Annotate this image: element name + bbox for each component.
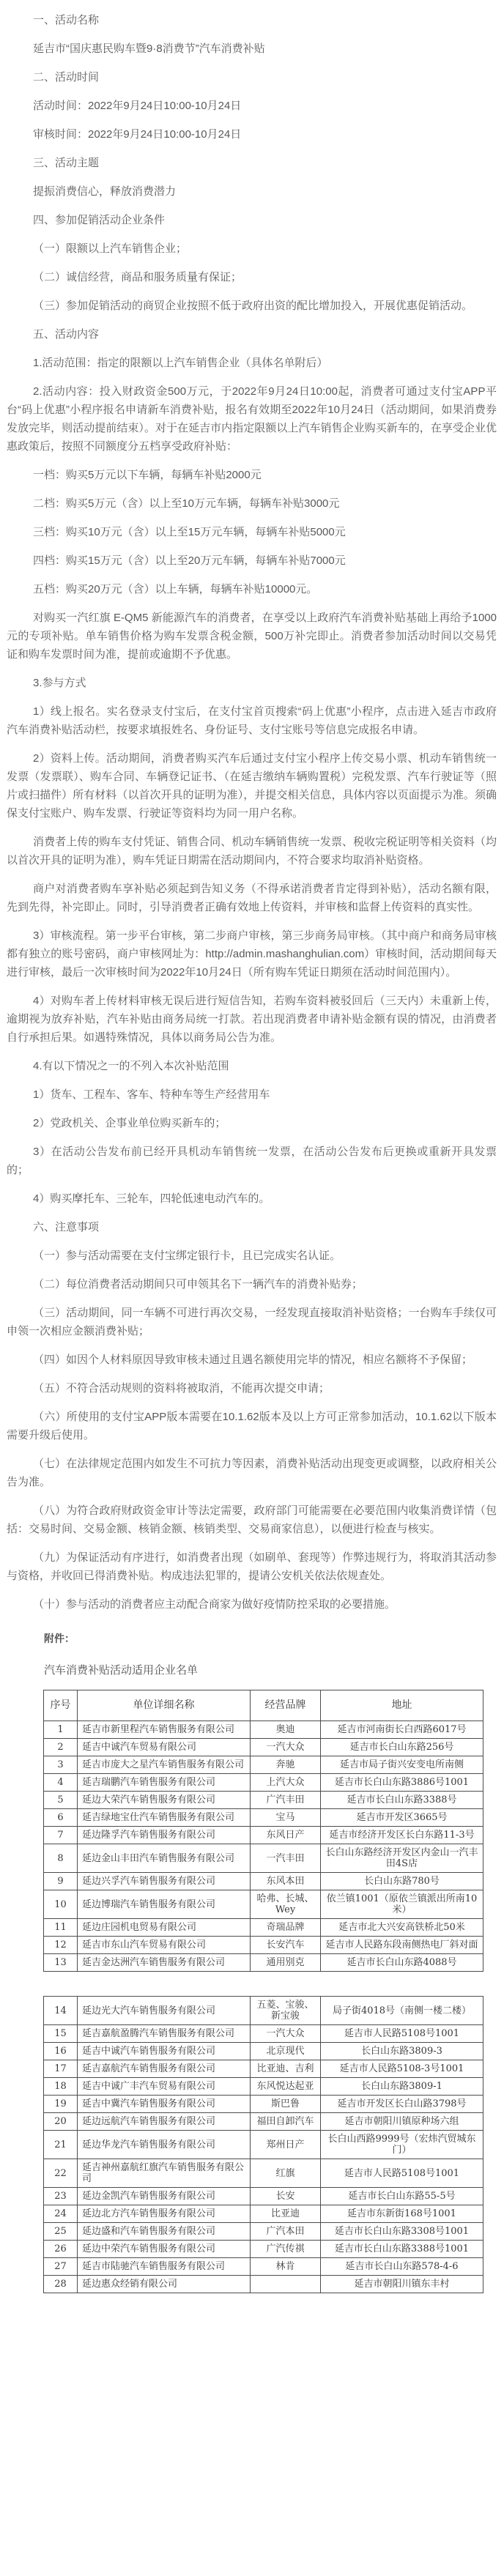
table-cell-no: 18 [44, 2078, 78, 2096]
table-row: 5延边大荣汽车销售服务有限公司广汽丰田延吉市长白山东路3388号 [44, 1792, 483, 1809]
table-cell-address: 延吉市人民路5108号1001 [321, 2159, 483, 2188]
table-cell-name: 延吉嘉航盈腾汽车销售服务有限公司 [78, 2025, 251, 2043]
doc-paragraph: 一档：购买5万元以下车辆，每辆车补贴2000元 [7, 466, 497, 484]
table-cell-no: 16 [44, 2043, 78, 2060]
table-cell-no: 12 [44, 1937, 78, 1954]
table-cell-name: 延吉瑞鹏汽车销售服务有限公司 [78, 1774, 251, 1792]
table-cell-name: 延边盛和汽车销售服务有限公司 [78, 2223, 251, 2241]
table-cell-no: 3 [44, 1756, 78, 1774]
table-row: 4延吉瑞鹏汽车销售服务有限公司上汽大众延吉市长白山东路3886号1001 [44, 1774, 483, 1792]
table-cell-no: 7 [44, 1827, 78, 1844]
table-cell-address: 延吉市人民路东段南侧热电厂斜对面 [321, 1937, 483, 1954]
company-table-part2: 14延边光大汽车销售服务有限公司五菱、宝骏、新宝骏局子街4018号（南侧一楼二楼… [43, 1996, 483, 2293]
doc-paragraph: 3.参与方式 [7, 674, 497, 692]
attachment-table-title: 汽车消费补贴活动适用企业名单 [44, 1663, 504, 1678]
table-cell-name: 延边博瑞汽车销售服务有限公司 [78, 1890, 251, 1919]
column-header-address: 地址 [321, 1690, 483, 1721]
table-cell-address: 延吉市人民路5108-3号1001 [321, 2060, 483, 2078]
doc-paragraph: 提振消费信心，释放消费潜力 [7, 182, 497, 201]
table-cell-brand: 广汽本田 [251, 2223, 321, 2241]
table-cell-no: 6 [44, 1809, 78, 1827]
company-table-part1: 序号 单位详细名称 经营品牌 地址 1延吉市新里程汽车销售服务有限公司奥迪延吉市… [43, 1690, 483, 1972]
table-cell-name: 延吉市庞大之星汽车销售服务有限公司 [78, 1756, 251, 1774]
table-cell-brand: 五菱、宝骏、新宝骏 [251, 1997, 321, 2025]
table-cell-name: 延边隆孚汽车销售服务有限公司 [78, 1827, 251, 1844]
doc-paragraph: 4）对购车者上传材料审核无误后进行短信告知，若购车资料被驳回后（三天内）未重新上… [7, 992, 497, 1047]
table-row: 1延吉市新里程汽车销售服务有限公司奥迪延吉市河南街长白西路6017号 [44, 1721, 483, 1739]
table-cell-name: 延吉中冀汽车销售服务有限公司 [78, 2096, 251, 2113]
table-cell-address: 延吉市北大兴安高铁桥北50米 [321, 1919, 483, 1937]
table-row: 12延吉市东山汽车贸易有限公司长安汽车延吉市人民路东段南侧热电厂斜对面 [44, 1937, 483, 1954]
doc-paragraph: （六）所使用的支付宝APP版本需要在10.1.62版本及以上方可正常参加活动，1… [7, 1408, 497, 1444]
table-cell-brand: 东风本田 [251, 1873, 321, 1890]
table-cell-name: 延边光大汽车销售服务有限公司 [78, 1997, 251, 2025]
doc-paragraph: 四档：购买15万元（含）以上至20万元车辆，每辆车补贴7000元 [7, 552, 497, 570]
table-cell-name: 延吉嘉航汽车销售服务有限公司 [78, 2060, 251, 2078]
table-cell-brand: 上汽大众 [251, 1774, 321, 1792]
table-cell-brand: 广汽丰田 [251, 1792, 321, 1809]
table-cell-address: 延吉市朝阳川镇原种场六组 [321, 2113, 483, 2131]
table-cell-address: 延吉市河南街长白西路6017号 [321, 1721, 483, 1739]
doc-paragraph: 六、注意事项 [7, 1218, 497, 1236]
table-cell-no: 19 [44, 2096, 78, 2113]
doc-paragraph: 对购买一汽红旗 E-QM5 新能源汽车的消费者，在享受以上政府汽车消费补贴基础上… [7, 609, 497, 664]
table-cell-brand: 福田自卸汽车 [251, 2113, 321, 2131]
table-cell-no: 15 [44, 2025, 78, 2043]
doc-paragraph: 2.活动内容：投入财政资金500万元，于2022年9月24日10:00起，消费者… [7, 382, 497, 456]
table-cell-name: 延边大荣汽车销售服务有限公司 [78, 1792, 251, 1809]
table-header-row: 序号 单位详细名称 经营品牌 地址 [44, 1690, 483, 1721]
table-row: 23延边金凯汽车销售服务有限公司长安延吉市长白山东路55-5号 [44, 2188, 483, 2205]
table-cell-address: 延吉市长白山东路3388号1001 [321, 2241, 483, 2258]
table-cell-no: 26 [44, 2241, 78, 2258]
table-cell-no: 20 [44, 2113, 78, 2131]
table-cell-brand [251, 2276, 321, 2293]
table-cell-name: 延边金凯汽车销售服务有限公司 [78, 2188, 251, 2205]
doc-paragraph: 1）货车、工程车、客车、特种车等生产经营用车 [7, 1085, 497, 1104]
table-cell-brand: 长安汽车 [251, 1937, 321, 1954]
table-row: 17延吉嘉航汽车销售服务有限公司比亚迪、吉利延吉市人民路5108-3号1001 [44, 2060, 483, 2078]
table-cell-address: 延吉市东新街168号1001 [321, 2205, 483, 2223]
table-cell-no: 1 [44, 1721, 78, 1739]
table-row: 20延边远航汽车销售服务有限公司福田自卸汽车延吉市朝阳川镇原种场六组 [44, 2113, 483, 2131]
table-cell-name: 延吉市陆驰汽车销售服务有限公司 [78, 2258, 251, 2276]
table-cell-name: 延边庄园机电贸易有限公司 [78, 1919, 251, 1937]
table-cell-name: 延边远航汽车销售服务有限公司 [78, 2113, 251, 2131]
table-cell-no: 14 [44, 1997, 78, 2025]
table-cell-name: 延边兴孚汽车销售服务有限公司 [78, 1873, 251, 1890]
table-cell-no: 25 [44, 2223, 78, 2241]
table-cell-name: 延吉中诚汽车销售服务有限公司 [78, 2043, 251, 2060]
table-cell-brand: 一汽大众 [251, 1739, 321, 1756]
doc-paragraph: （五）不符合活动规则的资料将被取消，不能再次提交申请； [7, 1379, 497, 1398]
table-row: 24延边北方汽车销售服务有限公司比亚迪延吉市东新街168号1001 [44, 2205, 483, 2223]
doc-paragraph: 延吉市“国庆惠民购车暨9·8消费节”汽车消费补贴 [7, 40, 497, 58]
table-cell-address: 依兰镇1001（原依兰镇派出所南10米） [321, 1890, 483, 1919]
doc-paragraph: （八）为符合政府财政资金审计等法定需要，政府部门可能需要在必要范围内收集消费详情… [7, 1502, 497, 1538]
notice-page: 一、活动名称延吉市“国庆惠民购车暨9·8消费节”汽车消费补贴二、活动时间活动时间… [0, 0, 504, 2576]
table-cell-name: 延吉市新里程汽车销售服务有限公司 [78, 1721, 251, 1739]
table-cell-brand: 郑州日产 [251, 2131, 321, 2159]
table-cell-address: 延吉市长白山东路3388号 [321, 1792, 483, 1809]
table-cell-no: 22 [44, 2159, 78, 2188]
table-row: 28延边惠众经销有限公司延吉市朝阳川镇东丰村 [44, 2276, 483, 2293]
table-cell-brand: 奔驰 [251, 1756, 321, 1774]
table-row: 10延边博瑞汽车销售服务有限公司哈弗、长城、Wey依兰镇1001（原依兰镇派出所… [44, 1890, 483, 1919]
table-cell-address: 延吉市局子街兴安变电所南侧 [321, 1756, 483, 1774]
table-cell-name: 延吉市东山汽车贸易有限公司 [78, 1937, 251, 1954]
doc-paragraph: 审核时间：2022年9月24日10:00-10月24日 [7, 125, 497, 144]
doc-paragraph: （一）限额以上汽车销售企业； [7, 240, 497, 258]
column-header-name: 单位详细名称 [78, 1690, 251, 1721]
company-table-header: 序号 单位详细名称 经营品牌 地址 [44, 1690, 483, 1721]
doc-paragraph: 1.活动范围：指定的限额以上汽车销售企业（具体名单附后） [7, 354, 497, 372]
table-cell-no: 13 [44, 1954, 78, 1972]
table-cell-no: 8 [44, 1844, 78, 1873]
doc-paragraph: （七）在法律规定范围内如发生不可抗力等因素，消费补贴活动出现变更或调整，以政府相… [7, 1455, 497, 1491]
table-cell-address: 延吉市长白山东路4088号 [321, 1954, 483, 1972]
table-row: 7延边隆孚汽车销售服务有限公司东风日产延吉市经济开发区长白东路11-3号 [44, 1827, 483, 1844]
table-cell-no: 24 [44, 2205, 78, 2223]
table-cell-name: 延边华龙汽车销售服务有限公司 [78, 2131, 251, 2159]
table-cell-name: 延边金山丰田汽车销售服务有限公司 [78, 1844, 251, 1873]
table-cell-no: 5 [44, 1792, 78, 1809]
table-row: 19延吉中冀汽车销售服务有限公司斯巴鲁延吉市开发区长白山路3798号 [44, 2096, 483, 2113]
table-cell-brand: 东风日产 [251, 1827, 321, 1844]
table-cell-brand: 比亚迪 [251, 2205, 321, 2223]
table-cell-no: 28 [44, 2276, 78, 2293]
doc-paragraph: （十）参与活动的消费者应主动配合商家为做好疫情防控采取的必要措施。 [7, 1595, 497, 1614]
doc-paragraph: 五、活动内容 [7, 325, 497, 344]
doc-paragraph: （四）如因个人材料原因导致审核未通过且遇名额使用完毕的情况，相应名额将不予保留； [7, 1351, 497, 1369]
table-cell-no: 11 [44, 1919, 78, 1937]
doc-paragraph: 2）党政机关、企事业单位购买新车的； [7, 1114, 497, 1132]
doc-paragraph: 2）资料上传。活动期间，消费者购买汽车后通过支付宝小程序上传交易小票、机动车销售… [7, 749, 497, 823]
table-cell-name: 延吉中诚广丰汽车贸易有限公司 [78, 2078, 251, 2096]
table-cell-name: 延吉金达洲汽车销售服务有限公司 [78, 1954, 251, 1972]
doc-paragraph: 四、参加促销活动企业条件 [7, 211, 497, 229]
table-cell-address: 长白山东路3809-3 [321, 2043, 483, 2060]
table-row: 8延边金山丰田汽车销售服务有限公司一汽丰田长白山东路经济开发区内金山一汽丰田4S… [44, 1844, 483, 1873]
doc-paragraph: （一）参与活动需要在支付宝绑定银行卡，且已完成实名认证。 [7, 1247, 497, 1265]
table-cell-brand: 长安 [251, 2188, 321, 2205]
table-row: 3延吉市庞大之星汽车销售服务有限公司奔驰延吉市局子街兴安变电所南侧 [44, 1756, 483, 1774]
table-cell-address: 延吉市开发区3665号 [321, 1809, 483, 1827]
table-cell-address: 延吉市长白山东路578-4-6 [321, 2258, 483, 2276]
table-cell-name: 延吉绿地宝仕汽车销售服务有限公司 [78, 1809, 251, 1827]
doc-paragraph: 五档：购买20万元（含）以上车辆，每辆车补贴10000元。 [7, 580, 497, 598]
table-row: 14延边光大汽车销售服务有限公司五菱、宝骏、新宝骏局子街4018号（南侧一楼二楼… [44, 1997, 483, 2025]
table-cell-brand: 东风悦达起亚 [251, 2078, 321, 2096]
table-cell-address: 长白山东路780号 [321, 1873, 483, 1890]
table-cell-brand: 北京现代 [251, 2043, 321, 2060]
doc-paragraph: 三、活动主题 [7, 154, 497, 172]
doc-paragraph: 商户对消费者购车享补贴必须起到告知义务（不得承诺消费者肯定得到补贴），活动名额有… [7, 880, 497, 916]
table-row: 21延边华龙汽车销售服务有限公司郑州日产长白山西路9999号（宏炜汽贸城东门） [44, 2131, 483, 2159]
table-row: 2延吉中诚汽车贸易有限公司一汽大众延吉市长白山东路256号 [44, 1739, 483, 1756]
table-cell-no: 27 [44, 2258, 78, 2276]
table-cell-address: 延吉市人民路5108号1001 [321, 2025, 483, 2043]
table-cell-no: 10 [44, 1890, 78, 1919]
column-header-brand: 经营品牌 [251, 1690, 321, 1721]
table-cell-brand: 哈弗、长城、Wey [251, 1890, 321, 1919]
doc-paragraph: 一、活动名称 [7, 11, 497, 29]
doc-paragraph: （九）为保证活动有序进行，如消费者出现（如刷单、套现等）作弊违规行为，将取消其活… [7, 1548, 497, 1585]
table-cell-brand: 一汽丰田 [251, 1844, 321, 1873]
table-cell-brand: 红旗 [251, 2159, 321, 2188]
table-cell-address: 延吉市长白山东路55-5号 [321, 2188, 483, 2205]
table-cell-address: 延吉市经济开发区长白东路11-3号 [321, 1827, 483, 1844]
table-cell-name: 延边北方汽车销售服务有限公司 [78, 2205, 251, 2223]
table-cell-no: 2 [44, 1739, 78, 1756]
table-row: 18延吉中诚广丰汽车贸易有限公司东风悦达起亚长白山东路3809-1 [44, 2078, 483, 2096]
table-row: 15延吉嘉航盈腾汽车销售服务有限公司一汽大众延吉市人民路5108号1001 [44, 2025, 483, 2043]
table-cell-brand: 宝马 [251, 1809, 321, 1827]
attachment-section: 附件： 汽车消费补贴活动适用企业名单 [44, 1631, 504, 1678]
table-row: 22延吉神州嘉航红旗汽车销售服务有限公司红旗延吉市人民路5108号1001 [44, 2159, 483, 2188]
table-cell-no: 21 [44, 2131, 78, 2159]
table-cell-brand: 奥迪 [251, 1721, 321, 1739]
table-cell-address: 长白山东路经济开发区内金山一汽丰田4S店 [321, 1844, 483, 1873]
table-cell-address: 局子街4018号（南侧一楼二楼） [321, 1997, 483, 2025]
table-cell-address: 长白山东路3809-1 [321, 2078, 483, 2096]
doc-paragraph: （三）活动期间，同一车辆不可进行再次交易，一经发现直接取消补贴资格；一台购车手续… [7, 1304, 497, 1340]
column-header-index: 序号 [44, 1690, 78, 1721]
company-table-body-1: 1延吉市新里程汽车销售服务有限公司奥迪延吉市河南街长白西路6017号2延吉中诚汽… [44, 1721, 483, 1972]
table-row: 16延吉中诚汽车销售服务有限公司北京现代长白山东路3809-3 [44, 2043, 483, 2060]
table-cell-address: 延吉市朝阳川镇东丰村 [321, 2276, 483, 2293]
table-cell-no: 9 [44, 1873, 78, 1890]
doc-paragraph: 3）在活动公告发布前已经开具机动车销售统一发票，在活动公告发布后更换或重新开具发… [7, 1143, 497, 1179]
table-row: 9延边兴孚汽车销售服务有限公司东风本田长白山东路780号 [44, 1873, 483, 1890]
table-cell-name: 延边惠众经销有限公司 [78, 2276, 251, 2293]
table-row: 11延边庄园机电贸易有限公司奇瑞品牌延吉市北大兴安高铁桥北50米 [44, 1919, 483, 1937]
table-row: 26延边中荣汽车销售服务有限公司广汽传祺延吉市长白山东路3388号1001 [44, 2241, 483, 2258]
table-cell-brand: 通用别克 [251, 1954, 321, 1972]
table-cell-brand: 奇瑞品牌 [251, 1919, 321, 1937]
doc-paragraph: 二、活动时间 [7, 68, 497, 86]
doc-paragraph: 4.有以下情况之一的不列入本次补贴范围 [7, 1057, 497, 1075]
table-cell-address: 长白山西路9999号（宏炜汽贸城东门） [321, 2131, 483, 2159]
table-cell-brand: 一汽大众 [251, 2025, 321, 2043]
table-row: 27延吉市陆驰汽车销售服务有限公司林肯延吉市长白山东路578-4-6 [44, 2258, 483, 2276]
table-row: 25延边盛和汽车销售服务有限公司广汽本田延吉市长白山东路3308号1001 [44, 2223, 483, 2241]
notice-body: 一、活动名称延吉市“国庆惠民购车暨9·8消费节”汽车消费补贴二、活动时间活动时间… [0, 0, 504, 1614]
table-cell-address: 延吉市长白山东路3886号1001 [321, 1774, 483, 1792]
table-cell-name: 延边中荣汽车销售服务有限公司 [78, 2241, 251, 2258]
table-cell-no: 4 [44, 1774, 78, 1792]
doc-paragraph: 4）购买摩托车、三轮车，四轮低速电动汽车的。 [7, 1189, 497, 1208]
table-cell-no: 23 [44, 2188, 78, 2205]
doc-paragraph: 活动时间：2022年9月24日10:00-10月24日 [7, 97, 497, 115]
doc-paragraph: 二档：购买5万元（含）以上至10万元车辆，每辆车补贴3000元 [7, 494, 497, 513]
table-cell-name: 延吉中诚汽车贸易有限公司 [78, 1739, 251, 1756]
table-cell-brand: 林肯 [251, 2258, 321, 2276]
table-row: 13延吉金达洲汽车销售服务有限公司通用别克延吉市长白山东路4088号 [44, 1954, 483, 1972]
doc-paragraph: 消费者上传的购车支付凭证、销售合同、机动车辆销售统一发票、税收完税证明等相关资料… [7, 833, 497, 869]
table-row: 6延吉绿地宝仕汽车销售服务有限公司宝马延吉市开发区3665号 [44, 1809, 483, 1827]
doc-paragraph: 三档：购买10万元（含）以上至15万元车辆，每辆车补贴5000元 [7, 523, 497, 541]
table-cell-address: 延吉市长白山东路3308号1001 [321, 2223, 483, 2241]
doc-paragraph: （二）诚信经营，商品和服务质量有保证； [7, 268, 497, 286]
attachment-label: 附件： [44, 1631, 504, 1646]
doc-paragraph: （二）每位消费者活动期间只可申领其名下一辆汽车的消费补贴券； [7, 1275, 497, 1293]
table-cell-no: 17 [44, 2060, 78, 2078]
doc-paragraph: 1）线上报名。实名登录支付宝后，在支付宝首页搜索“码上优惠”小程序，点击进入延吉… [7, 702, 497, 739]
table-cell-address: 延吉市开发区长白山路3798号 [321, 2096, 483, 2113]
table-cell-brand: 斯巴鲁 [251, 2096, 321, 2113]
company-table-body-2: 14延边光大汽车销售服务有限公司五菱、宝骏、新宝骏局子街4018号（南侧一楼二楼… [44, 1997, 483, 2293]
table-cell-brand: 广汽传祺 [251, 2241, 321, 2258]
doc-paragraph: 3）审核流程。第一步平台审核，第二步商户审核，第三步商务局审核。（其中商户和商务… [7, 927, 497, 981]
table-cell-address: 延吉市长白山东路256号 [321, 1739, 483, 1756]
table-cell-brand: 比亚迪、吉利 [251, 2060, 321, 2078]
doc-paragraph: （三）参加促销活动的商贸企业按照不低于政府出资的配比增加投入，开展优惠促销活动。 [7, 297, 497, 315]
table-cell-name: 延吉神州嘉航红旗汽车销售服务有限公司 [78, 2159, 251, 2188]
